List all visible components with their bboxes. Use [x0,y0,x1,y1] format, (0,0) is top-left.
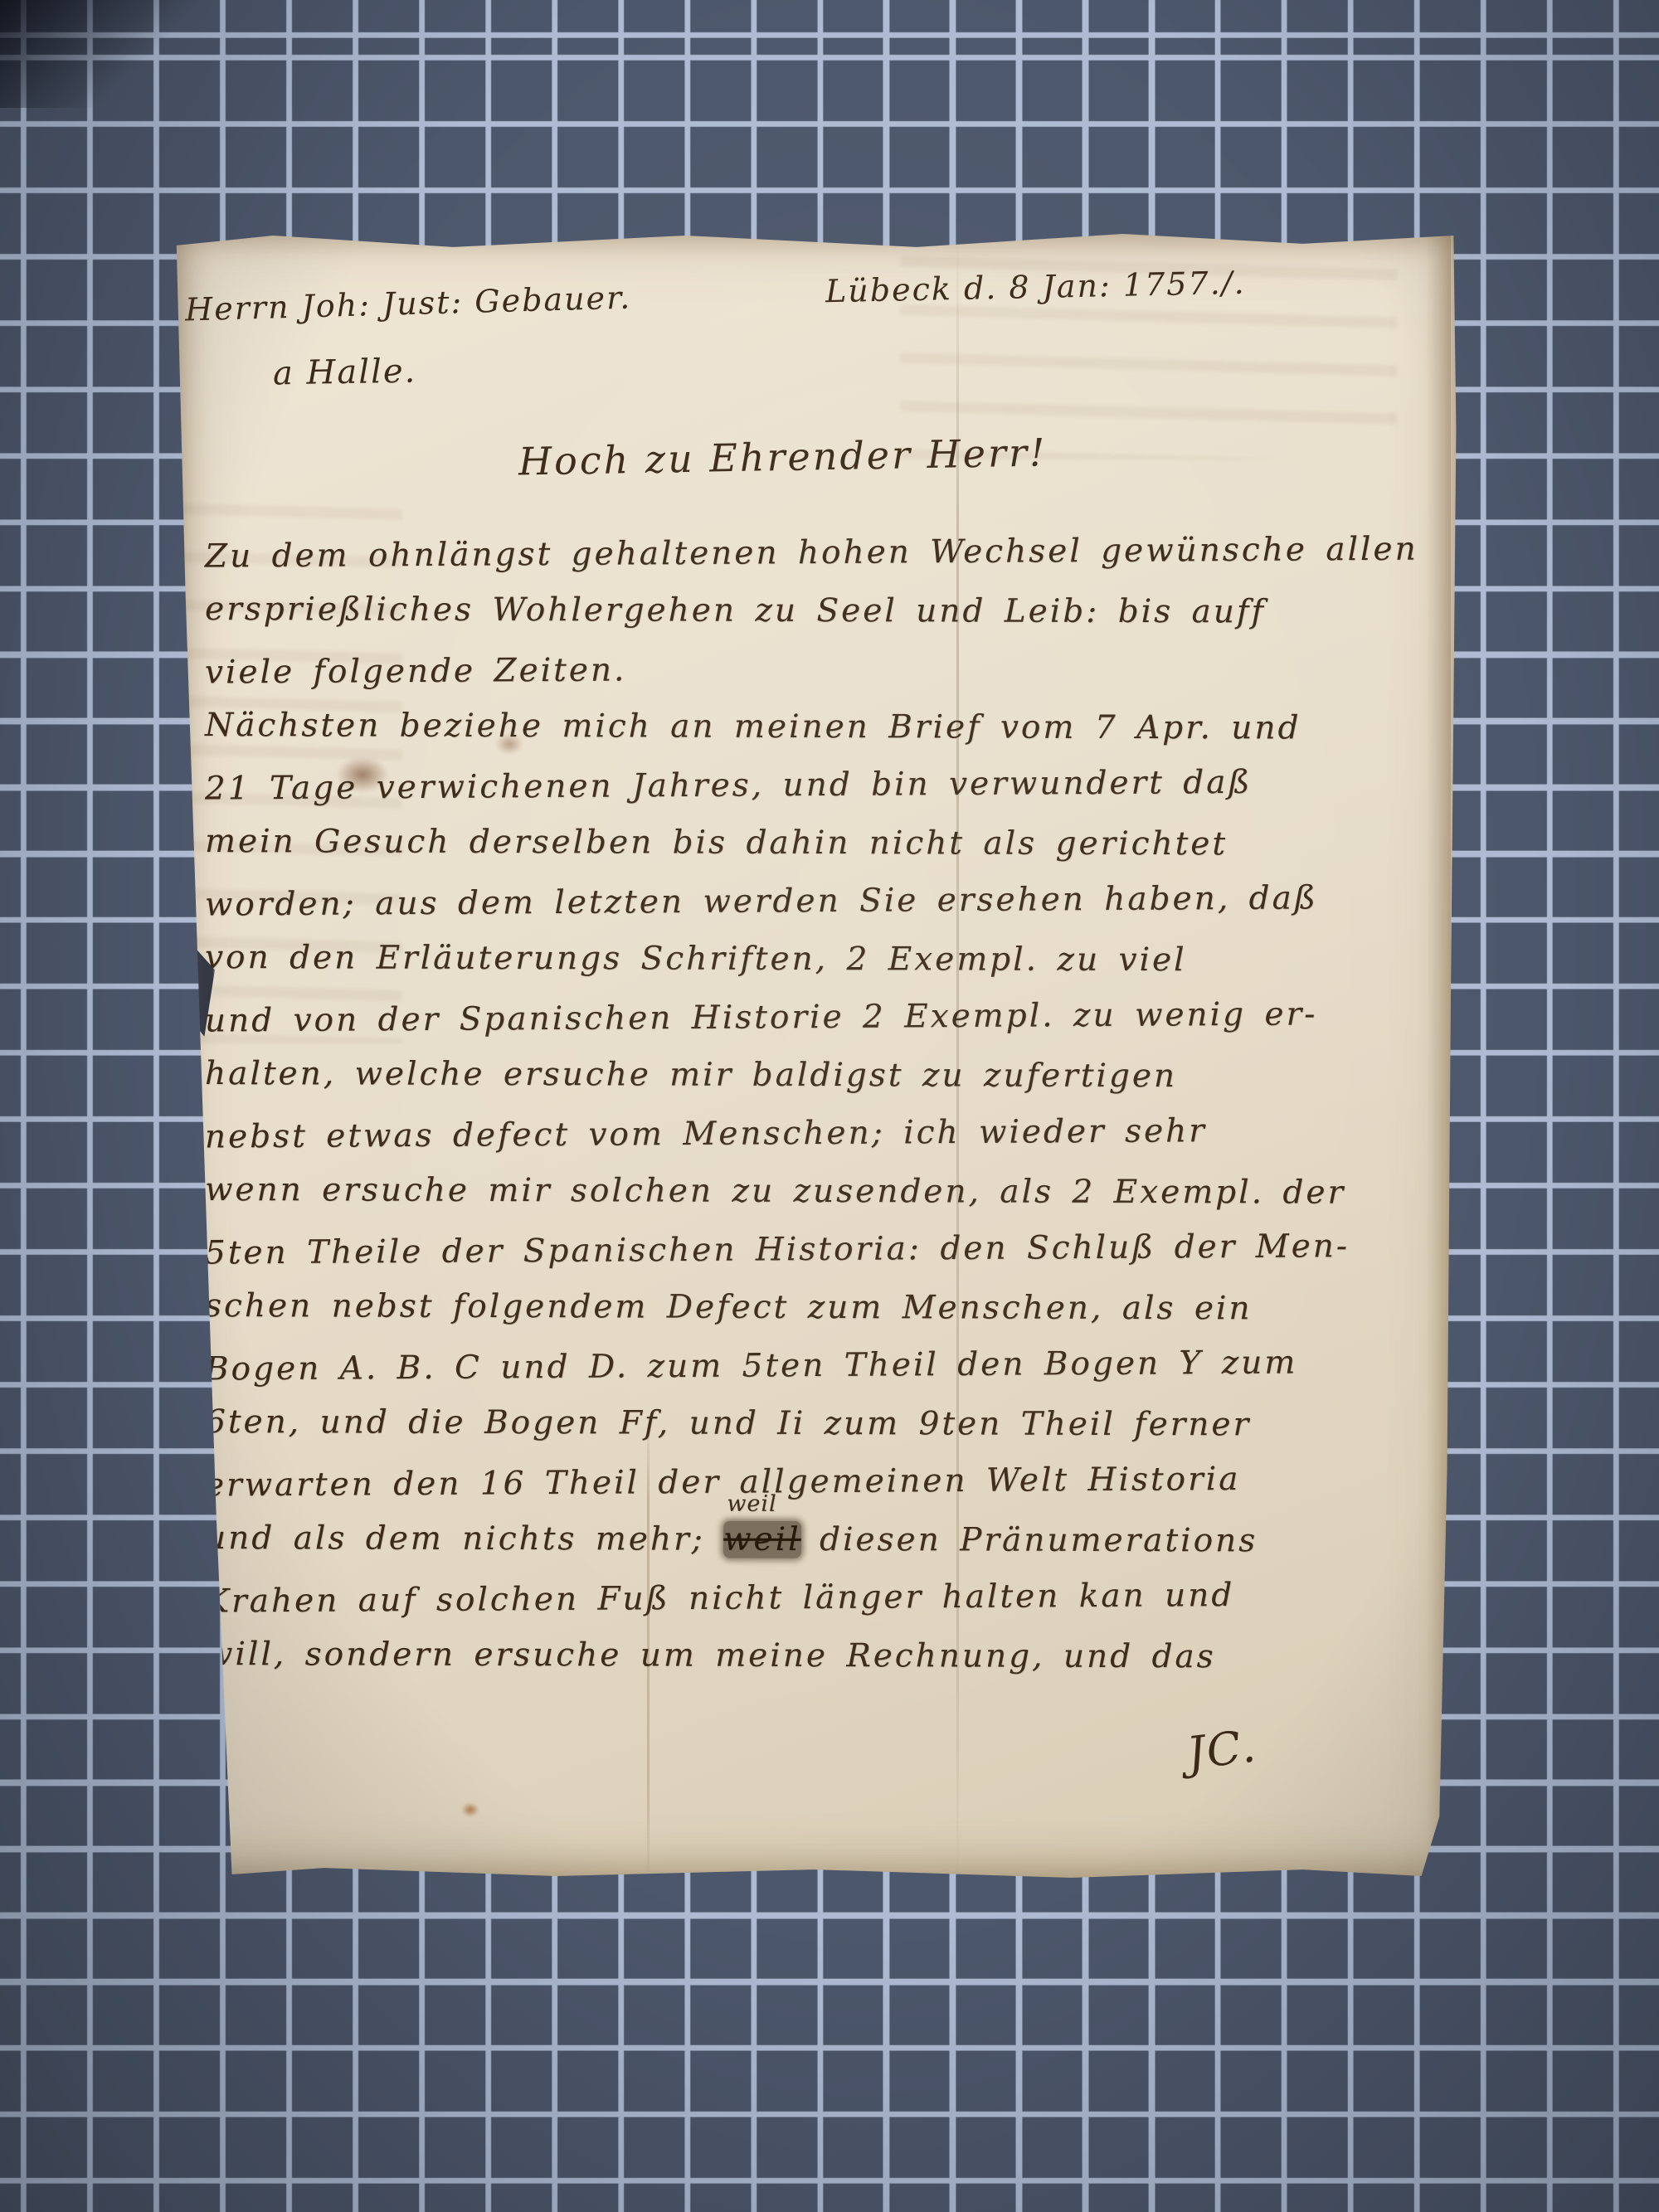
photo-of-letter: Herrn Joh: Just: Gebauer. a Halle. Lübec… [0,0,1659,2212]
body-line: ersprießliches Wohlergehen zu Seel und L… [205,591,1443,652]
body-line: von den Erläuterungs Schriften, 2 Exempl… [205,939,1443,1000]
body-line: 21 Tage verwichenen Jahres, und bin verw… [205,762,1443,828]
body-line: will, sondern ersuche um meine Rechnung,… [205,1636,1443,1697]
letter-paper: Herrn Joh: Just: Gebauer. a Halle. Lübec… [170,231,1457,1883]
salutation: Hoch zu Ehrender Herr! [518,430,1048,484]
body-line: Zu dem ohnlängst gehaltenen hohen Wechse… [205,530,1443,596]
recipient-name: Herrn Joh: Just: Gebauer. [184,279,631,328]
body-line: nebst etwas defect vom Menschen; ich wie… [205,1111,1443,1176]
body-line: Nächsten beziehe mich an meinen Brief vo… [205,707,1443,768]
correction: weilweil [723,1521,801,1558]
body-line: schen nebst folgendem Defect zum Mensche… [205,1287,1443,1349]
body-line: Bogen A. B. C und D. zum 5ten Theil den … [205,1343,1443,1408]
body-line-with-correction: und als dem nichts mehr; weilweil diesen… [205,1519,1443,1581]
recipient-city: a Halle. [273,352,417,392]
inserted-word: weil [727,1491,776,1517]
corner-shadow [0,0,224,108]
rust-spot [462,1803,479,1816]
body-line-text: diesen Pränumerations [801,1521,1258,1559]
body-line: viele folgende Zeiten. [205,646,1443,712]
body-line: wenn ersuche mir solchen zu zusenden, al… [205,1171,1443,1232]
body-line: worden; aus dem letzten werden Sie erseh… [205,878,1443,944]
body-line-text: und als dem nichts mehr; [205,1519,723,1558]
body-line: und von der Spanischen Historie 2 Exempl… [205,994,1443,1060]
body-line: 6ten, und die Bogen Ff, und Ii zum 9ten … [205,1403,1443,1465]
body-line: Krahen auf solchen Fuß nicht länger halt… [205,1575,1443,1641]
letter-body: Zu dem ohnlängst gehaltenen hohen Wechse… [205,534,1443,1695]
body-line: erwarten den 16 Theil der allgemeinen We… [205,1459,1443,1524]
monogram-flourish: JC. [1184,1719,1259,1780]
body-line: mein Gesuch derselben bis dahin nicht al… [205,823,1443,884]
struck-word: weil [723,1521,801,1558]
dateline: Lübeck d. 8 Jan: 1757./. [825,265,1246,310]
body-line: 5ten Theile der Spanischen Historia: den… [205,1227,1443,1292]
body-line: halten, welche ersuche mir baldigst zu z… [205,1055,1443,1116]
